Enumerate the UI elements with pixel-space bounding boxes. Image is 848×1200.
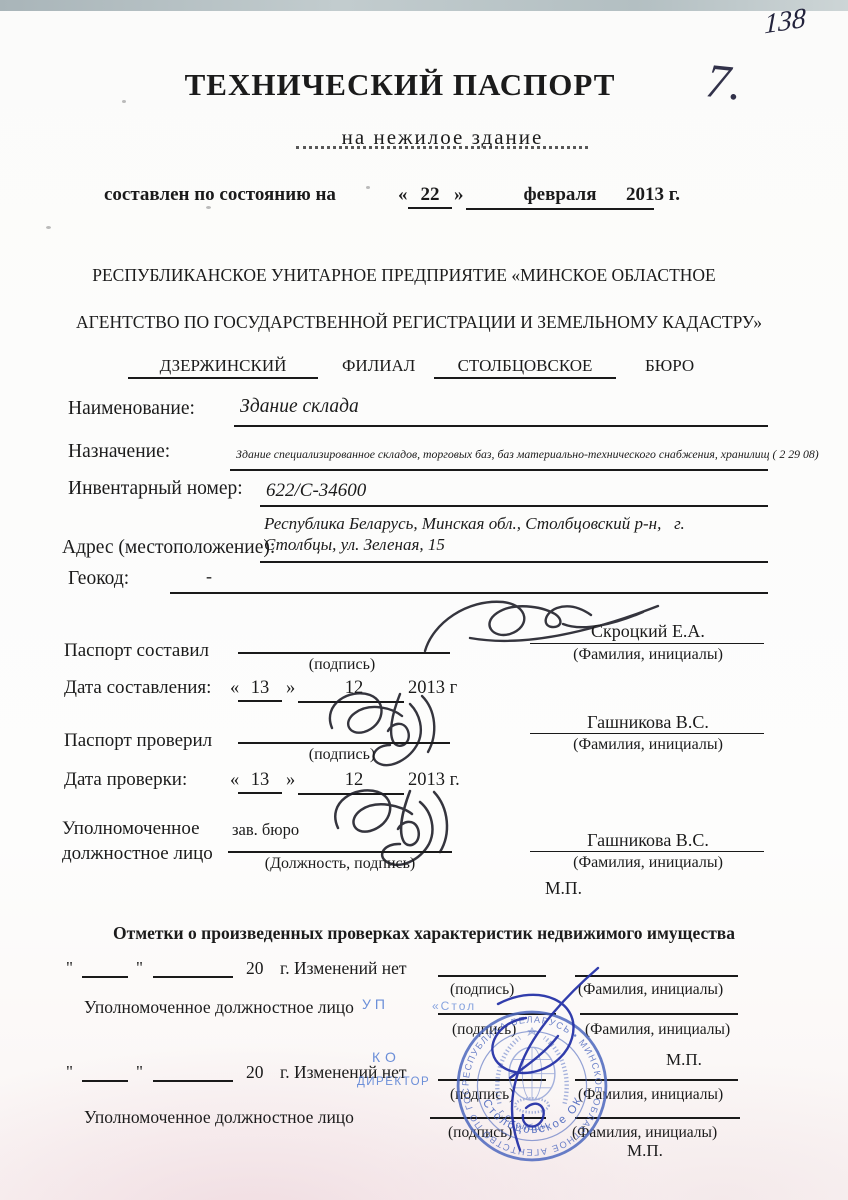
geocode-value: - — [206, 566, 212, 586]
quote-mark: " — [136, 1062, 143, 1081]
form-line — [260, 561, 768, 563]
bureau-word: БЮРО — [645, 356, 694, 375]
signature-caption: (подпись) — [262, 746, 422, 764]
composed-name: Скроцкий Е.А. — [532, 621, 764, 641]
checked-date-label: Дата проверки: — [64, 769, 187, 790]
scan-speck — [46, 226, 51, 229]
form-line — [466, 208, 654, 210]
form-line — [82, 1080, 128, 1082]
checked-date-day: 13 — [240, 770, 280, 791]
handwritten-margin-mark: 7. — [703, 54, 744, 111]
form-line — [530, 643, 764, 644]
form-line — [238, 742, 450, 744]
name-caption: (Фамилия, инициалы) — [532, 854, 764, 872]
position-signature-caption: (Должность, подпись) — [232, 855, 448, 873]
form-line — [238, 652, 450, 654]
form-line — [128, 377, 318, 379]
form-line — [82, 976, 128, 978]
scan-speck — [206, 206, 211, 209]
compiled-prefix: составлен по состоянию на — [104, 184, 336, 205]
branch-name: ДЗЕРЖИНСКИЙ — [130, 356, 316, 375]
form-line — [238, 792, 282, 794]
year-prefix: 20 — [246, 959, 264, 979]
document-page: 138 7. ТЕХНИЧЕСКИЙ ПАСПОРТ на нежилое зд… — [0, 0, 848, 1200]
official-row-label: Уполномоченное должностное лицо — [84, 1108, 354, 1128]
year-prefix: 20 — [246, 1063, 264, 1083]
close-quote: » — [286, 770, 295, 791]
signature-caption: (подпись) — [262, 656, 422, 674]
open-quote: « — [398, 184, 408, 205]
quote-mark: " — [66, 958, 73, 977]
form-line — [260, 505, 768, 507]
form-line — [230, 469, 768, 471]
close-quote: » — [454, 184, 464, 205]
composed-date-day: 13 — [240, 678, 280, 699]
form-line — [153, 1080, 233, 1082]
form-line — [434, 377, 616, 379]
open-quote: « — [230, 770, 239, 791]
stamp-text-up: УП — [362, 996, 389, 1012]
close-quote: » — [286, 678, 295, 699]
stamp-text-director: ДИРЕКТОР — [357, 1076, 430, 1088]
checked-name: Гашникова В.С. — [532, 712, 764, 732]
address-value-line2: Столбцы, ул. Зеленая, 15 — [264, 535, 445, 554]
name-caption: (Фамилия, инициалы) — [532, 736, 764, 754]
inventory-label: Инвентарный номер: — [68, 478, 243, 500]
handwritten-page-number: 138 — [764, 2, 806, 40]
organization-line2: АГЕНТСТВО ПО ГОСУДАРСТВЕННОЙ РЕГИСТРАЦИИ… — [24, 313, 814, 333]
form-line — [234, 425, 768, 427]
quote-mark: " — [136, 958, 143, 977]
form-line — [228, 851, 452, 853]
official-label-line2: должностное лицо — [62, 843, 213, 864]
name-value: Здание склада — [240, 396, 359, 418]
address-label: Адрес (местоположение): — [62, 537, 275, 559]
stamp-text-ko: КО — [372, 1049, 401, 1065]
form-line — [408, 207, 452, 209]
checks-heading: Отметки о произведенных проверках характ… — [54, 924, 794, 944]
document-subtitle: на нежилое здание — [300, 126, 585, 150]
no-changes-text: г. Изменений нет — [280, 959, 406, 979]
compiled-year: 2013 г. — [626, 184, 680, 205]
scan-edge-artifact — [0, 0, 848, 11]
form-line — [530, 851, 764, 852]
document-title: ТЕХНИЧЕСКИЙ ПАСПОРТ — [160, 68, 640, 103]
compiled-day: 22 — [410, 184, 450, 205]
official-name: Гашникова В.С. — [532, 830, 764, 850]
geocode-label: Геокод: — [68, 568, 129, 590]
name-caption: (Фамилия, инициалы) — [532, 646, 764, 664]
scan-speck — [122, 100, 126, 103]
purpose-value: Здание специализированное складов, торго… — [236, 448, 819, 461]
scan-speck — [366, 186, 370, 189]
official-label-line1: Уполномоченное — [62, 818, 200, 839]
seal-place-mark: М.П. — [666, 1050, 702, 1069]
form-line — [530, 733, 764, 734]
bureau-name: СТОЛБЦОВСКОЕ — [436, 356, 614, 375]
quote-mark: " — [66, 1062, 73, 1081]
inventory-value: 622/С-34600 — [266, 480, 366, 501]
composed-date-label: Дата составления: — [64, 677, 211, 698]
seal-place-mark: М.П. — [545, 879, 582, 899]
address-value-line1: Республика Беларусь, Минская обл., Столб… — [264, 514, 685, 533]
organization-line1: РЕСПУБЛИКАНСКОЕ УНИТАРНОЕ ПРЕДПРИЯТИЕ «М… — [54, 266, 754, 286]
official-position: зав. бюро — [232, 821, 299, 839]
official-row-label: Уполномоченное должностное лицо — [84, 998, 354, 1018]
purpose-label: Назначение: — [68, 441, 170, 463]
handwritten-blue-signature — [440, 958, 640, 1173]
composed-label: Паспорт составил — [64, 640, 209, 661]
form-line — [153, 976, 233, 978]
name-label: Наименование: — [68, 398, 195, 420]
branch-word: ФИЛИАЛ — [342, 356, 415, 375]
form-line — [238, 700, 282, 702]
checked-label: Паспорт проверил — [64, 730, 212, 751]
open-quote: « — [230, 678, 239, 699]
